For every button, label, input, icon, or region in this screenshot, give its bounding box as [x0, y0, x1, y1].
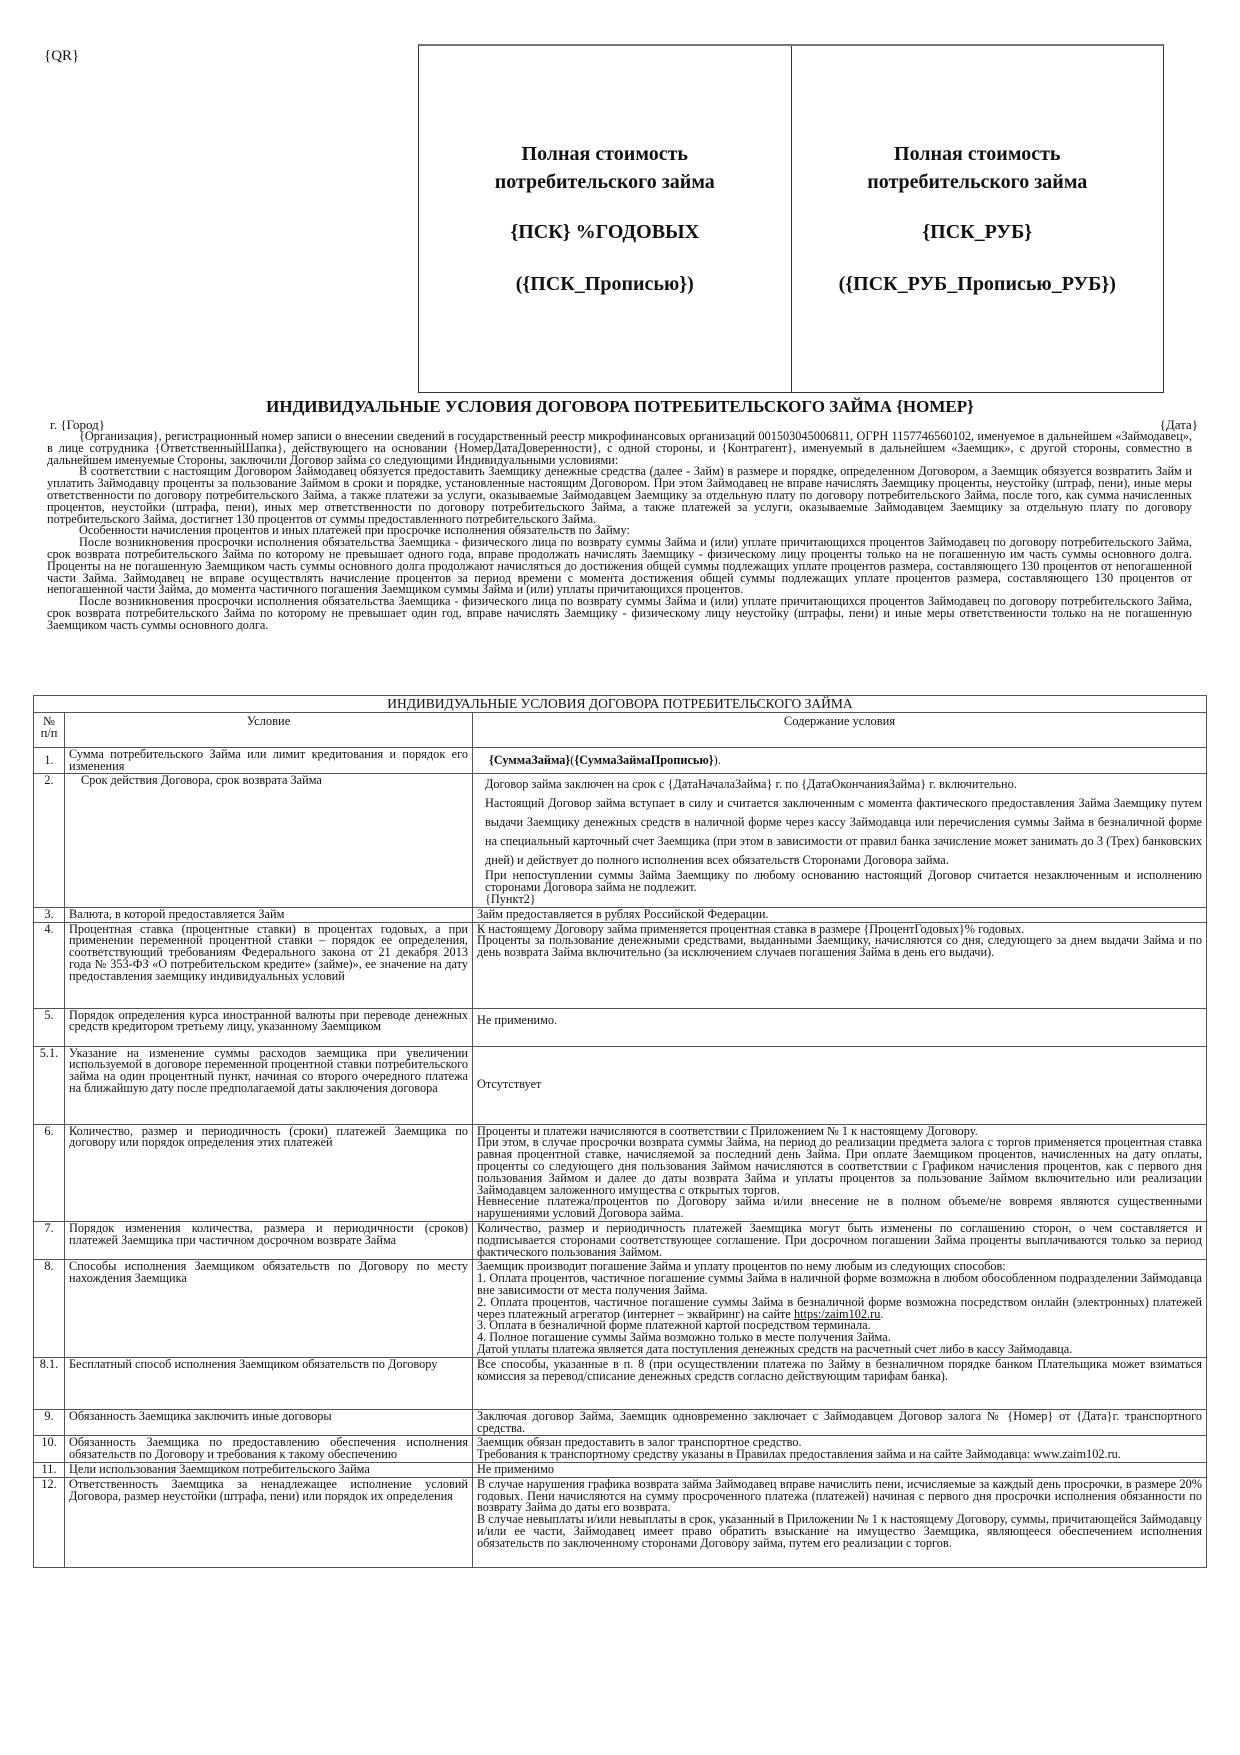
psk-percent-value: {ПСК} %ГОДОВЫХ [510, 218, 699, 246]
table-row: 4. Процентная ставка (процентные ставки)… [34, 922, 1207, 1008]
paren-close: ). [714, 753, 721, 767]
table-row: 5. Порядок определения курса иностранной… [34, 1008, 1207, 1046]
row-condition: Валюта, в которой предоставляется Займ [65, 907, 473, 922]
table-row: 11. Цели использования Заемщиком потреби… [34, 1462, 1207, 1477]
header-content: Содержание условия [473, 712, 1207, 747]
row-condition: Срок действия Договора, срок возврата За… [65, 774, 473, 907]
qr-placeholder: {QR} [44, 48, 79, 65]
table-row: 8. Способы исполнения Заемщиком обязател… [34, 1260, 1207, 1357]
content-line: Невнесение платежа/процентов по Договору… [477, 1196, 1202, 1220]
header-num: № п/п [34, 712, 65, 747]
row-num: 8. [34, 1260, 65, 1357]
row-num: 2. [34, 774, 65, 907]
row-condition: Указание на изменение суммы расходов зае… [65, 1046, 473, 1124]
content-line: Настоящий Договор займа вступает в силу … [485, 794, 1202, 870]
intro-paragraph: После возникновения просрочки исполнения… [47, 537, 1192, 596]
row-condition: Процентная ставка (процентные ставки) в … [65, 922, 473, 1008]
header-condition: Условие [65, 712, 473, 747]
content-line: Количество, размер и периодичность плате… [477, 1223, 1202, 1258]
content-line: Займ предоставляется в рублях Российской… [477, 909, 1202, 921]
psk-title-line1: Полная стоимость [495, 140, 715, 168]
table-row: 8.1. Бесплатный способ исполнения Заемщи… [34, 1357, 1207, 1409]
loan-amount: {СуммаЗайма} [489, 753, 570, 767]
row-condition: Количество, размер и периодичность (срок… [65, 1124, 473, 1221]
content-line: Все способы, указанные в п. 8 (при осуще… [477, 1359, 1202, 1383]
row-content: Отсутствует [473, 1046, 1207, 1124]
row-content: Не применимо [473, 1462, 1207, 1477]
psk-rub-words: ({ПСК_РУБ_Прописью_РУБ}) [839, 270, 1116, 298]
row-num: 3. [34, 907, 65, 922]
content-line: При этом, в случае просрочки возврата су… [477, 1137, 1202, 1196]
content-line: {Пункт2} [485, 894, 1202, 906]
row-num: 8.1. [34, 1357, 65, 1409]
psk-rub-cell: Полная стоимость потребительского займа … [791, 46, 1164, 392]
table-row: 3. Валюта, в которой предоставляется Зай… [34, 907, 1207, 922]
table-row: 6. Количество, размер и периодичность (с… [34, 1124, 1207, 1221]
row-condition: Способы исполнения Заемщиком обязательст… [65, 1260, 473, 1357]
content-line: 1. Оплата процентов, частичное погашение… [477, 1273, 1202, 1297]
content-line: Датой уплаты платежа является дата посту… [477, 1344, 1202, 1356]
intro-paragraph: После возникновения просрочки исполнения… [47, 596, 1192, 631]
row-content: Все способы, указанные в п. 8 (при осуще… [473, 1357, 1207, 1409]
document-title: ИНДИВИДУАЛЬНЫЕ УСЛОВИЯ ДОГОВОРА ПОТРЕБИТ… [0, 397, 1240, 417]
row-condition: Обязанность Заемщика заключить иные дого… [65, 1409, 473, 1436]
table-row: 10. Обязанность Заемщика по предоставлен… [34, 1436, 1207, 1463]
table-row: 1. Сумма потребительского Займа или лими… [34, 747, 1207, 774]
content-line: При непоступлении суммы Займа Заемщику п… [485, 870, 1202, 894]
intro-text: {Организация}, регистрационный номер зап… [47, 431, 1192, 632]
row-condition: Ответственность Заемщика за ненадлежащее… [65, 1477, 473, 1567]
table-row: 7. Порядок изменения количества, размера… [34, 1221, 1207, 1259]
table-row: 2. Срок действия Договора, срок возврата… [34, 774, 1207, 907]
psk-title-line2: потребительского займа [867, 168, 1087, 196]
content-line: Отсутствует [477, 1079, 1202, 1091]
row-condition: Сумма потребительского Займа или лимит к… [65, 747, 473, 774]
row-condition: Обязанность Заемщика по предоставлению о… [65, 1436, 473, 1463]
table-row: 9. Обязанность Заемщика заключить иные д… [34, 1409, 1207, 1436]
conditions-table: ИНДИВИДУАЛЬНЫЕ УСЛОВИЯ ДОГОВОРА ПОТРЕБИТ… [33, 695, 1207, 1568]
row-content: Договор займа заключен на срок с {ДатаНа… [473, 774, 1207, 907]
psk-percent-cell: Полная стоимость потребительского займа … [419, 46, 791, 392]
row-num: 6. [34, 1124, 65, 1221]
row-content: Не применимо. [473, 1008, 1207, 1046]
intro-paragraph: {Организация}, регистрационный номер зап… [47, 431, 1192, 466]
content-line: Не применимо [477, 1464, 1202, 1476]
psk-title-line1: Полная стоимость [867, 140, 1087, 168]
content-line: Проценты за пользование денежными средст… [477, 935, 1202, 959]
content-line: Требования к транспортному средству указ… [477, 1449, 1202, 1461]
table-row: 5.1. Указание на изменение суммы расходо… [34, 1046, 1207, 1124]
psk-percent-words: ({ПСК_Прописью}) [516, 270, 694, 298]
row-content: Заемщик производит погашение Займа и упл… [473, 1260, 1207, 1357]
row-num: 9. [34, 1409, 65, 1436]
row-content: Займ предоставляется в рублях Российской… [473, 907, 1207, 922]
content-line: В случае нарушения графика возврата займ… [477, 1479, 1202, 1514]
intro-paragraph: В соответствии с настоящим Договором Зай… [47, 466, 1192, 525]
row-content: Проценты и платежи начисляются в соответ… [473, 1124, 1207, 1221]
row-content: {СуммаЗайма}({СуммаЗаймаПрописью}). [473, 747, 1207, 774]
row-content: К настоящему Договору займа применяется … [473, 922, 1207, 1008]
table-row: 12. Ответственность Заемщика за ненадлеж… [34, 1477, 1207, 1567]
row-condition: Цели использования Заемщиком потребитель… [65, 1462, 473, 1477]
row-content: В случае нарушения графика возврата займ… [473, 1477, 1207, 1567]
row-content: Заемщик обязан предоставить в залог тран… [473, 1436, 1207, 1463]
row-content: Заключая договор Займа, Заемщик одноврем… [473, 1409, 1207, 1436]
psk-title-line2: потребительского займа [495, 168, 715, 196]
content-line: Заключая договор Займа, Заемщик одноврем… [477, 1411, 1202, 1435]
psk-rub-value: {ПСК_РУБ} [922, 218, 1032, 246]
row-content: Количество, размер и периодичность плате… [473, 1221, 1207, 1259]
table-caption: ИНДИВИДУАЛЬНЫЕ УСЛОВИЯ ДОГОВОРА ПОТРЕБИТ… [34, 696, 1207, 713]
row-num: 12. [34, 1477, 65, 1567]
content-line: Не применимо. [477, 1015, 1202, 1027]
row-num: 5. [34, 1008, 65, 1046]
row-condition: Порядок изменения количества, размера и … [65, 1221, 473, 1259]
row-num: 10. [34, 1436, 65, 1463]
content-line: В случае невыплаты и/или невыплаты в сро… [477, 1514, 1202, 1549]
content-line: Договор займа заключен на срок с {ДатаНа… [485, 775, 1202, 794]
psk-box: Полная стоимость потребительского займа … [418, 44, 1164, 393]
row-num: 11. [34, 1462, 65, 1477]
loan-amount-words: {СуммаЗаймаПрописью} [574, 753, 713, 767]
row-num: 5.1. [34, 1046, 65, 1124]
row-condition: Бесплатный способ исполнения Заемщиком о… [65, 1357, 473, 1409]
row-num: 1. [34, 747, 65, 774]
row-condition: Порядок определения курса иностранной ва… [65, 1008, 473, 1046]
row-num: 7. [34, 1221, 65, 1259]
row-num: 4. [34, 922, 65, 1008]
